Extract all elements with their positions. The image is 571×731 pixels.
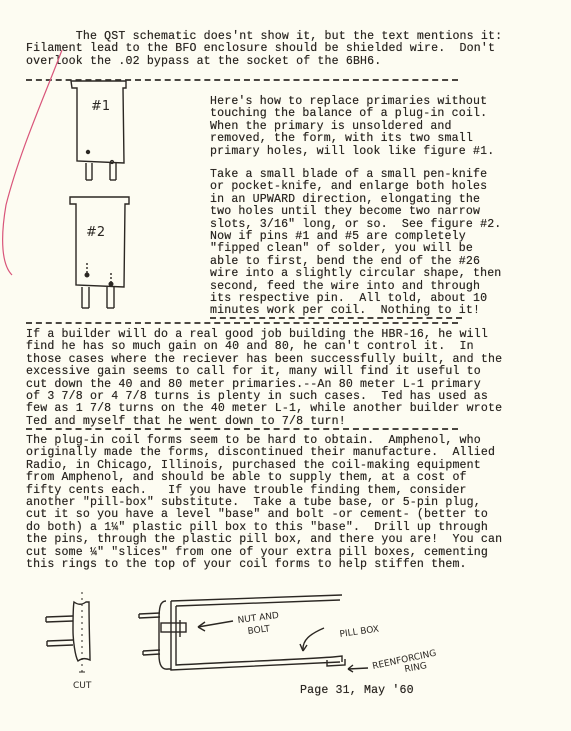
pill-box-label: PILL BOX xyxy=(339,625,380,640)
red-pen-mark xyxy=(3,50,62,275)
newsletter-page: The QST schematic does'nt show it, but t… xyxy=(0,0,571,731)
hand-drawn-figures: #1 #2 CUT xyxy=(0,0,571,731)
figure-1-coil-form xyxy=(71,81,126,180)
tube-base-cut-drawing xyxy=(46,592,90,672)
nut-bolt-label: NUT AND xyxy=(237,611,279,626)
figure-1-label: #1 xyxy=(91,99,110,114)
bolt-label: BOLT xyxy=(247,624,271,637)
cut-label: CUT xyxy=(73,681,92,691)
figure-2-coil-form xyxy=(70,197,129,308)
figure-2-label: #2 xyxy=(86,225,105,240)
